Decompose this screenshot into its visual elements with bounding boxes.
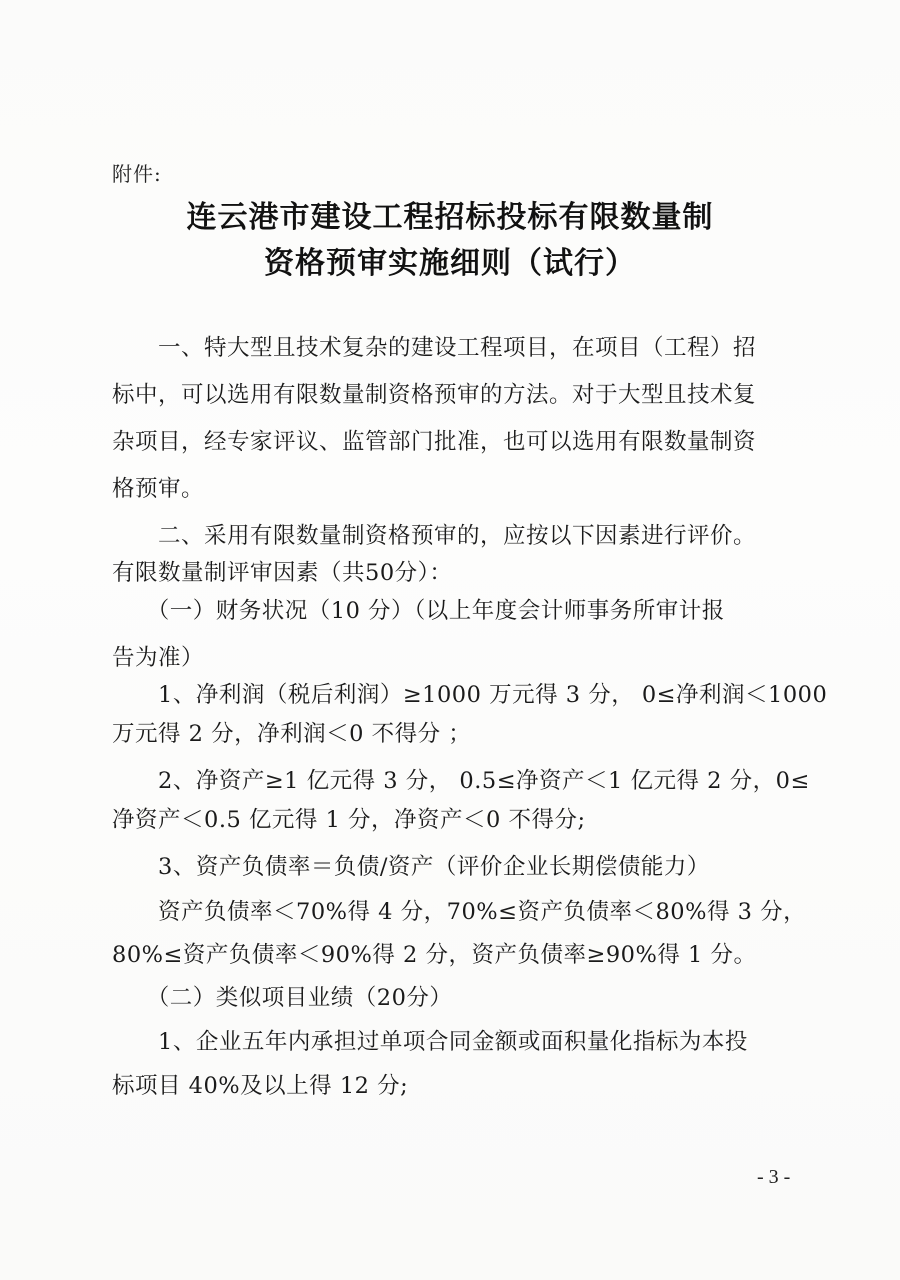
body-text-line: 一、特大型且技术复杂的建设工程项目，在项目（工程）招 — [112, 330, 756, 362]
body-text-line: 1、净利润（税后利润）≥1000 万元得 3 分， 0≤净利润＜1000 — [112, 677, 827, 709]
body-text-line: 格预审。 — [112, 471, 204, 503]
body-text-line: 标中，可以选用有限数量制资格预审的方法。对于大型且技术复 — [112, 377, 756, 409]
body-text-line: 告为准） — [112, 640, 204, 672]
document-page: 附件: 连云港市建设工程招标投标有限数量制 资格预审实施细则（试行） 一、特大型… — [0, 0, 900, 1280]
document-title-line-1: 连云港市建设工程招标投标有限数量制 — [0, 192, 900, 236]
body-text-line: （二）类似项目业绩（20分） — [112, 980, 452, 1012]
body-text-line: 二、采用有限数量制资格预审的，应按以下因素进行评价。 — [112, 518, 756, 550]
body-text-line: （一）财务状况（10 分）（以上年度会计师事务所审计报 — [112, 593, 725, 625]
body-text-line: 2、净资产≥1 亿元得 3 分， 0.5≤净资产＜1 亿元得 2 分，0≤ — [112, 763, 810, 795]
body-text-line: 3、资产负债率＝负债/资产（评价企业长期偿债能力） — [112, 849, 710, 881]
body-text-line: 标项目 40%及以上得 12 分; — [112, 1068, 408, 1100]
body-text-line: 80%≤资产负债率＜90%得 2 分，资产负债率≥90%得 1 分。 — [112, 937, 756, 969]
body-text-line: 杂项目，经专家评议、监管部门批准，也可以选用有限数量制资 — [112, 424, 756, 456]
document-title-line-2: 资格预审实施细则（试行） — [0, 238, 900, 282]
body-text-line: 有限数量制评审因素（共50分）： — [112, 555, 452, 587]
page-number: - 3 - — [757, 1166, 790, 1189]
attachment-label: 附件: — [112, 158, 162, 187]
body-text-line: 净资产＜0.5 亿元得 1 分，净资产＜0 不得分; — [112, 802, 586, 834]
body-text-line: 万元得 2 分，净利润＜0 不得分 ； — [112, 716, 471, 748]
body-text-line: 1、企业五年内承担过单项合同金额或面积量化指标为本投 — [112, 1024, 748, 1056]
body-text-line: 资产负债率＜70%得 4 分，70%≤资产负债率＜80%得 3 分， — [112, 894, 806, 926]
